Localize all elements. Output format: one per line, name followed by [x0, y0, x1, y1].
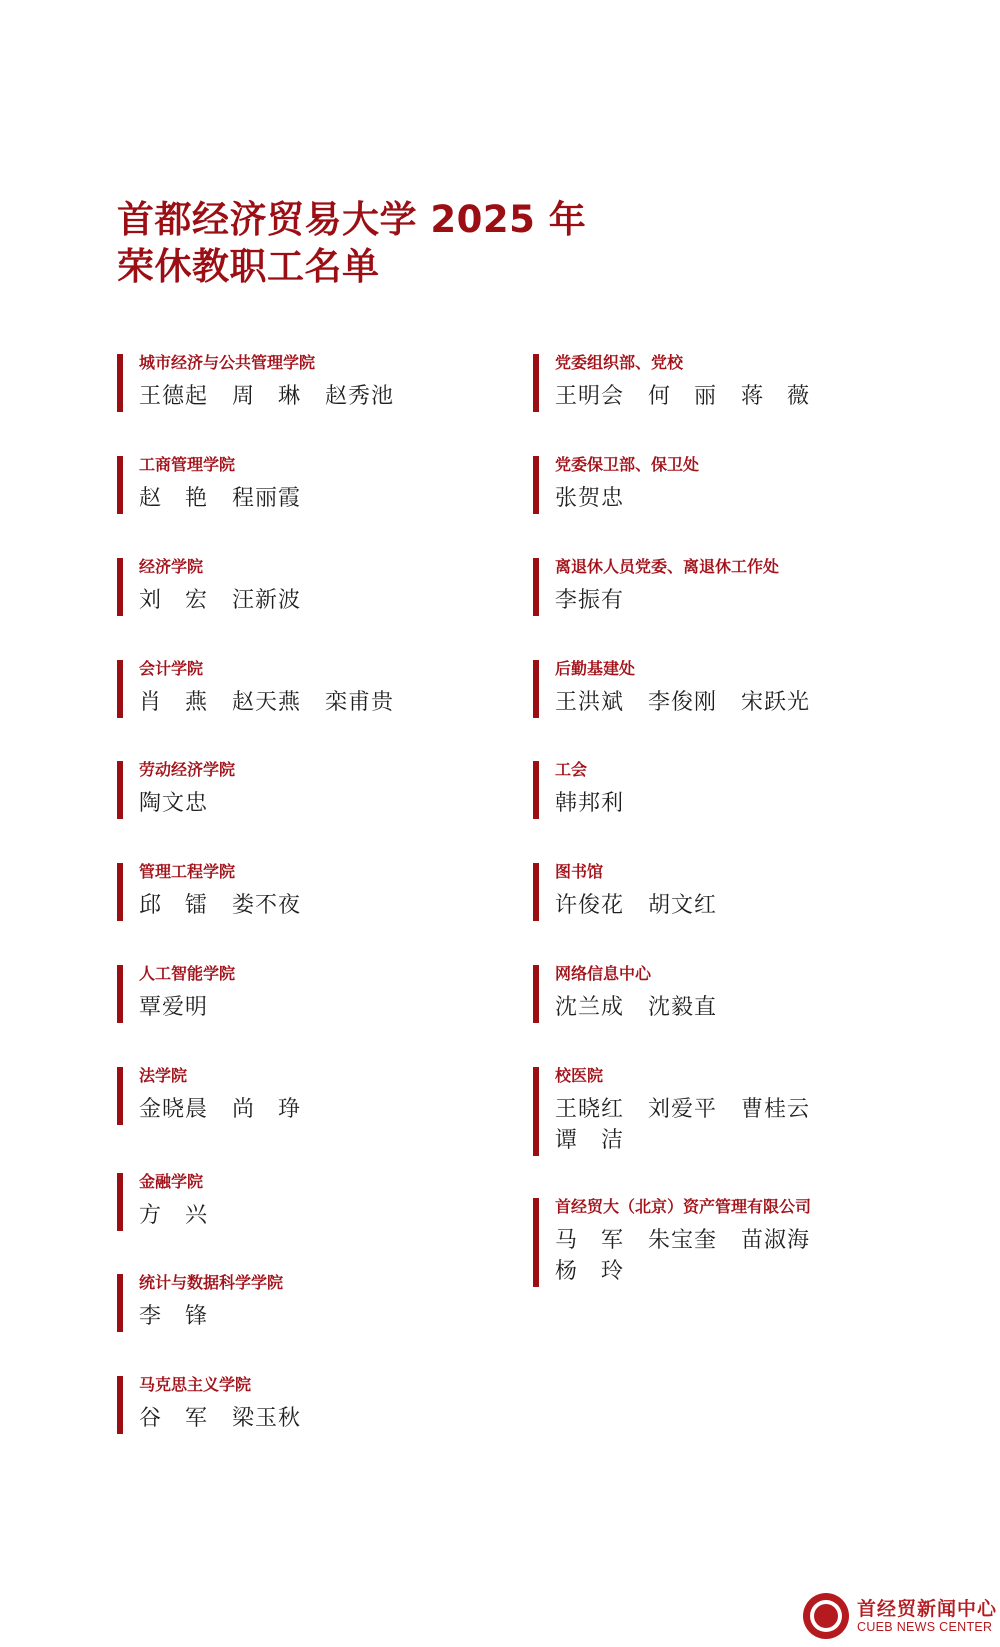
department-section: 经济学院刘 宏汪新波	[117, 557, 325, 616]
department-section: 党委保卫部、保卫处张贺忠	[533, 455, 699, 514]
name-list: 陶文忠	[139, 788, 235, 819]
retiree-name: 杨 玲	[555, 1256, 648, 1287]
name-row: 赵 艳程丽霞	[139, 483, 325, 514]
name-row: 刘 宏汪新波	[139, 585, 325, 616]
name-list: 邱 镭娄不夜	[139, 890, 325, 921]
name-row: 韩邦利	[555, 788, 648, 819]
department-section: 校医院王晓红刘爱平曹桂云谭 洁	[533, 1066, 834, 1156]
name-row: 张贺忠	[555, 483, 699, 514]
retiree-name: 张贺忠	[555, 483, 648, 514]
retiree-name: 沈兰成	[555, 992, 648, 1023]
retiree-name: 曹桂云	[741, 1094, 834, 1125]
retiree-name: 苗淑海	[741, 1225, 834, 1256]
name-list: 李 锋	[139, 1301, 283, 1332]
section-accent-bar	[117, 1173, 123, 1231]
department-heading: 法学院	[139, 1066, 325, 1088]
name-row: 谭 洁	[555, 1125, 834, 1156]
name-list: 赵 艳程丽霞	[139, 483, 325, 514]
name-row: 杨 玲	[555, 1256, 834, 1287]
name-list: 张贺忠	[555, 483, 699, 514]
department-section: 后勤基建处王洪斌李俊刚宋跃光	[533, 659, 834, 718]
retiree-name: 王洪斌	[555, 687, 648, 718]
name-row: 王明会何 丽蒋 薇	[555, 381, 834, 412]
department-heading: 经济学院	[139, 557, 325, 579]
department-heading: 会计学院	[139, 659, 418, 681]
retiree-name: 李振有	[555, 585, 648, 616]
name-row: 王德起周 琳赵秀池	[139, 381, 418, 412]
logo-name-en: CUEB NEWS CENTER	[857, 1620, 997, 1634]
name-list: 王德起周 琳赵秀池	[139, 381, 418, 412]
department-heading: 后勤基建处	[555, 659, 834, 681]
department-heading: 劳动经济学院	[139, 760, 235, 782]
department-section: 党委组织部、党校王明会何 丽蒋 薇	[533, 353, 834, 412]
retiree-name: 王明会	[555, 381, 648, 412]
name-row: 邱 镭娄不夜	[139, 890, 325, 921]
name-list: 刘 宏汪新波	[139, 585, 325, 616]
retiree-name: 蒋 薇	[741, 381, 834, 412]
retiree-name: 覃爱明	[139, 992, 232, 1023]
name-row: 马 军朱宝奎苗淑海	[555, 1225, 834, 1256]
name-list: 覃爱明	[139, 992, 235, 1023]
footer-logo: 首经贸新闻中心 CUEB NEWS CENTER	[803, 1593, 997, 1639]
department-section: 首经贸大（北京）资产管理有限公司马 军朱宝奎苗淑海杨 玲	[533, 1197, 834, 1287]
name-row: 王洪斌李俊刚宋跃光	[555, 687, 834, 718]
department-section: 人工智能学院覃爱明	[117, 964, 235, 1023]
section-accent-bar	[117, 354, 123, 412]
retiree-name: 韩邦利	[555, 788, 648, 819]
name-row: 方 兴	[139, 1200, 232, 1231]
retiree-name: 李 锋	[139, 1301, 232, 1332]
section-accent-bar	[533, 354, 539, 412]
section-accent-bar	[533, 1198, 539, 1287]
department-heading: 党委组织部、党校	[555, 353, 834, 375]
department-section: 城市经济与公共管理学院王德起周 琳赵秀池	[117, 353, 418, 412]
retiree-name: 许俊花	[555, 890, 648, 921]
title-line-1: 首都经济贸易大学 2025 年	[117, 196, 586, 243]
department-section: 工商管理学院赵 艳程丽霞	[117, 455, 325, 514]
retiree-name: 赵天燕	[232, 687, 325, 718]
department-heading: 人工智能学院	[139, 964, 235, 986]
section-accent-bar	[533, 558, 539, 616]
retiree-name: 栾甫贵	[325, 687, 418, 718]
name-row: 沈兰成沈毅直	[555, 992, 741, 1023]
department-heading: 金融学院	[139, 1172, 232, 1194]
department-heading: 工会	[555, 760, 648, 782]
name-list: 李振有	[555, 585, 779, 616]
name-row: 李 锋	[139, 1301, 283, 1332]
department-section: 管理工程学院邱 镭娄不夜	[117, 862, 325, 921]
retiree-name: 邱 镭	[139, 890, 232, 921]
retiree-name: 肖 燕	[139, 687, 232, 718]
retiree-name: 王晓红	[555, 1094, 648, 1125]
section-accent-bar	[117, 1067, 123, 1125]
retiree-name: 沈毅直	[648, 992, 741, 1023]
retiree-name: 周 琳	[232, 381, 325, 412]
section-accent-bar	[117, 456, 123, 514]
department-heading: 管理工程学院	[139, 862, 325, 884]
retiree-name: 尚 琤	[232, 1094, 325, 1125]
department-heading: 校医院	[555, 1066, 834, 1088]
retiree-name: 金晓晨	[139, 1094, 232, 1125]
logo-name-cn: 首经贸新闻中心	[857, 1598, 997, 1620]
name-row: 许俊花胡文红	[555, 890, 741, 921]
department-section: 金融学院方 兴	[117, 1172, 232, 1231]
retiree-name: 宋跃光	[741, 687, 834, 718]
name-list: 许俊花胡文红	[555, 890, 741, 921]
name-list: 谷 军梁玉秋	[139, 1403, 325, 1434]
section-accent-bar	[117, 1376, 123, 1434]
name-row: 谷 军梁玉秋	[139, 1403, 325, 1434]
retiree-name: 赵秀池	[325, 381, 418, 412]
section-accent-bar	[533, 660, 539, 718]
retiree-name: 程丽霞	[232, 483, 325, 514]
section-accent-bar	[533, 1067, 539, 1156]
retiree-name: 何 丽	[648, 381, 741, 412]
name-list: 王明会何 丽蒋 薇	[555, 381, 834, 412]
section-accent-bar	[533, 761, 539, 819]
name-row: 覃爱明	[139, 992, 235, 1023]
name-row: 李振有	[555, 585, 779, 616]
retiree-name: 赵 艳	[139, 483, 232, 514]
department-section: 会计学院肖 燕赵天燕栾甫贵	[117, 659, 418, 718]
section-accent-bar	[533, 965, 539, 1023]
department-heading: 统计与数据科学学院	[139, 1273, 283, 1295]
retiree-name: 娄不夜	[232, 890, 325, 921]
department-heading: 首经贸大（北京）资产管理有限公司	[555, 1197, 834, 1219]
name-row: 王晓红刘爱平曹桂云	[555, 1094, 834, 1125]
retiree-name: 胡文红	[648, 890, 741, 921]
title-line-2: 荣休教职工名单	[117, 243, 586, 290]
section-accent-bar	[533, 456, 539, 514]
department-heading: 网络信息中心	[555, 964, 741, 986]
retiree-name: 谭 洁	[555, 1125, 648, 1156]
department-section: 马克思主义学院谷 军梁玉秋	[117, 1375, 325, 1434]
name-list: 王洪斌李俊刚宋跃光	[555, 687, 834, 718]
name-row: 肖 燕赵天燕栾甫贵	[139, 687, 418, 718]
retiree-name: 方 兴	[139, 1200, 232, 1231]
department-section: 法学院金晓晨尚 琤	[117, 1066, 325, 1125]
retiree-name: 王德起	[139, 381, 232, 412]
name-list: 沈兰成沈毅直	[555, 992, 741, 1023]
department-section: 网络信息中心沈兰成沈毅直	[533, 964, 741, 1023]
page-title: 首都经济贸易大学 2025 年 荣休教职工名单	[117, 196, 586, 290]
retiree-name: 梁玉秋	[232, 1403, 325, 1434]
department-section: 图书馆许俊花胡文红	[533, 862, 741, 921]
section-accent-bar	[117, 558, 123, 616]
name-list: 金晓晨尚 琤	[139, 1094, 325, 1125]
department-section: 劳动经济学院陶文忠	[117, 760, 235, 819]
name-list: 肖 燕赵天燕栾甫贵	[139, 687, 418, 718]
department-section: 工会韩邦利	[533, 760, 648, 819]
department-heading: 城市经济与公共管理学院	[139, 353, 418, 375]
section-accent-bar	[117, 1274, 123, 1332]
department-heading: 离退休人员党委、离退休工作处	[555, 557, 779, 579]
retiree-name: 马 军	[555, 1225, 648, 1256]
retiree-name: 汪新波	[232, 585, 325, 616]
retiree-name: 刘爱平	[648, 1094, 741, 1125]
name-list: 王晓红刘爱平曹桂云谭 洁	[555, 1094, 834, 1156]
department-section: 统计与数据科学学院李 锋	[117, 1273, 283, 1332]
name-list: 方 兴	[139, 1200, 232, 1231]
section-accent-bar	[117, 660, 123, 718]
section-accent-bar	[117, 863, 123, 921]
section-accent-bar	[117, 761, 123, 819]
retiree-name: 朱宝奎	[648, 1225, 741, 1256]
name-row: 金晓晨尚 琤	[139, 1094, 325, 1125]
department-heading: 马克思主义学院	[139, 1375, 325, 1397]
department-heading: 工商管理学院	[139, 455, 325, 477]
retiree-name: 李俊刚	[648, 687, 741, 718]
retiree-name: 谷 军	[139, 1403, 232, 1434]
department-heading: 党委保卫部、保卫处	[555, 455, 699, 477]
section-accent-bar	[533, 863, 539, 921]
name-list: 韩邦利	[555, 788, 648, 819]
name-row: 陶文忠	[139, 788, 235, 819]
department-section: 离退休人员党委、离退休工作处李振有	[533, 557, 779, 616]
cueb-news-center-emblem-icon	[803, 1593, 849, 1639]
section-accent-bar	[117, 965, 123, 1023]
retiree-name: 陶文忠	[139, 788, 232, 819]
department-heading: 图书馆	[555, 862, 741, 884]
name-list: 马 军朱宝奎苗淑海杨 玲	[555, 1225, 834, 1287]
retiree-name: 刘 宏	[139, 585, 232, 616]
